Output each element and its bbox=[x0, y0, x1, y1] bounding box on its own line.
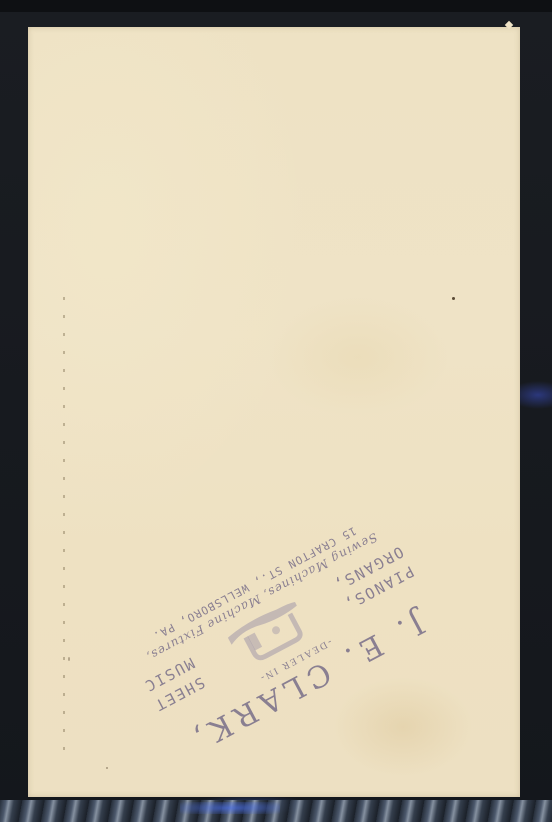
faint-perforation-line bbox=[63, 297, 65, 757]
card-fleck bbox=[106, 767, 108, 769]
top-edge-strip bbox=[0, 0, 552, 12]
scanner-background: J. E. CLARK, -DEALER IN- PIANOS, ORGANS, bbox=[0, 0, 552, 822]
card-fleck bbox=[68, 657, 70, 661]
card-fleck bbox=[452, 297, 455, 300]
bottom-edge-strip bbox=[0, 800, 552, 822]
